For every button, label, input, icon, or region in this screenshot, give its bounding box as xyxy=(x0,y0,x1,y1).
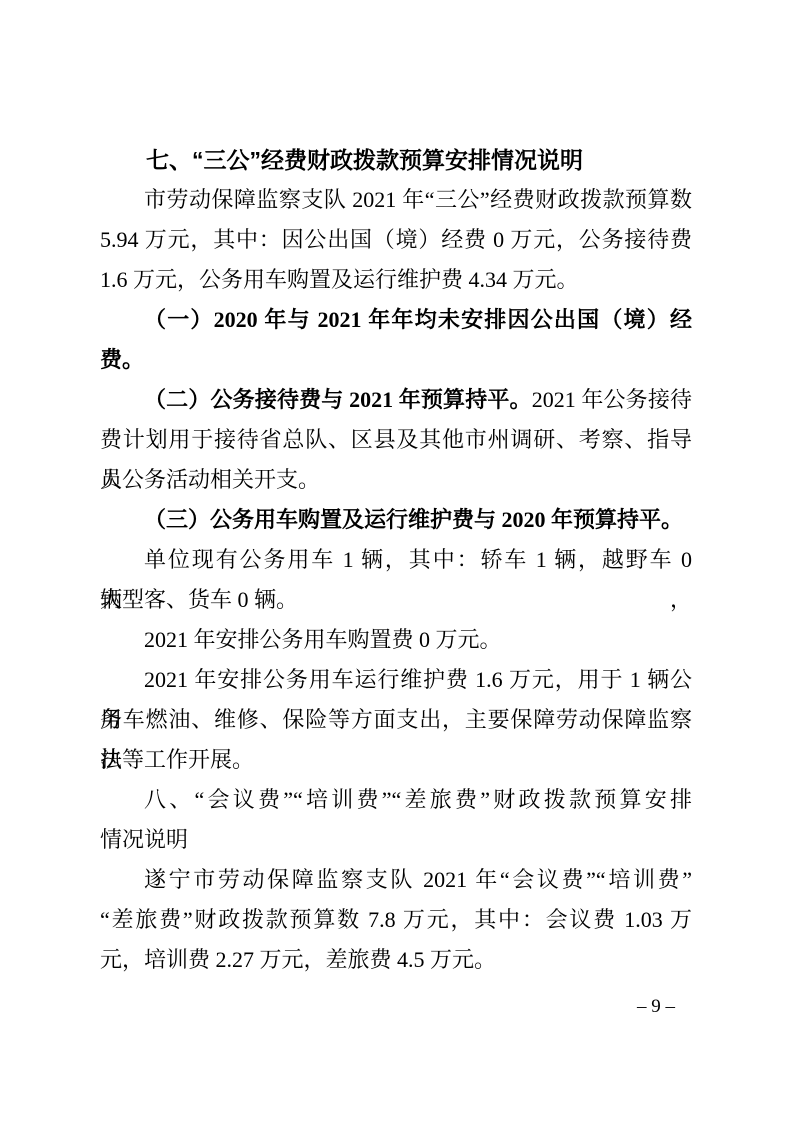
text-line: 5.94 万元，其中：因公出国（境）经费 0 万元，公务接待费 xyxy=(100,220,692,260)
text-line: 2021 年安排公务用车购置费 0 万元。 xyxy=(100,620,692,660)
text-line: 费计划用于接待省总队、区县及其他市州调研、考察、指导人 xyxy=(100,420,692,460)
text-line: 遂宁市劳动保障监察支队 2021 年“会议费”“培训费” xyxy=(100,860,692,900)
page-number: – 9 – xyxy=(637,995,675,1019)
document-page: 七、“三公”经费财政拨款预算安排情况说明 市劳动保障监察支队 2021 年“三公… xyxy=(0,0,793,1122)
section-7-heading: 七、“三公”经费财政拨款预算安排情况说明 xyxy=(100,140,692,180)
text-line: 单位现有公务用车 1 辆，其中：轿车 1 辆，越野车 0 辆， xyxy=(100,540,692,580)
text-line: “差旅费”财政拨款预算数 7.8 万元，其中：会议费 1.03 万 xyxy=(100,900,692,940)
subsection-2-heading: （二）公务接待费与 2021 年预算持平。2021 年公务接待 xyxy=(100,380,692,420)
subsection-2-bold-lead: （二）公务接待费与 2021 年预算持平。 xyxy=(144,387,532,412)
subsection-3-heading: （三）公务用车购置及运行维护费与 2020 年预算持平。 xyxy=(100,500,692,540)
text-line: 法等工作开展。 xyxy=(100,740,692,780)
text-line: 用车燃油、维修、保险等方面支出，主要保障劳动保障监察执 xyxy=(100,700,692,740)
document-body: 七、“三公”经费财政拨款预算安排情况说明 市劳动保障监察支队 2021 年“三公… xyxy=(100,140,692,980)
text-line: 员公务活动相关开支。 xyxy=(100,460,692,500)
text-line: 元，培训费 2.27 万元，差旅费 4.5 万元。 xyxy=(100,940,692,980)
subsection-1-heading: （一）2020 年与 2021 年年均未安排因公出国（境）经 xyxy=(100,300,692,340)
subsection-1-heading-continued: 费。 xyxy=(100,340,692,380)
text-line: 2021 年安排公务用车运行维护费 1.6 万元，用于 1 辆公务 xyxy=(100,660,692,700)
text-line: 市劳动保障监察支队 2021 年“三公”经费财政拨款预算数 xyxy=(100,180,692,220)
text-line: 1.6 万元，公务用车购置及运行维护费 4.34 万元。 xyxy=(100,260,692,300)
heading-text: 七、“三公”经费财政拨款预算安排情况说明 xyxy=(146,147,583,173)
section-8-heading-continued: 情况说明 xyxy=(100,820,692,860)
section-8-heading: 八、“会议费”“培训费”“差旅费”财政拨款预算安排 xyxy=(100,780,692,820)
